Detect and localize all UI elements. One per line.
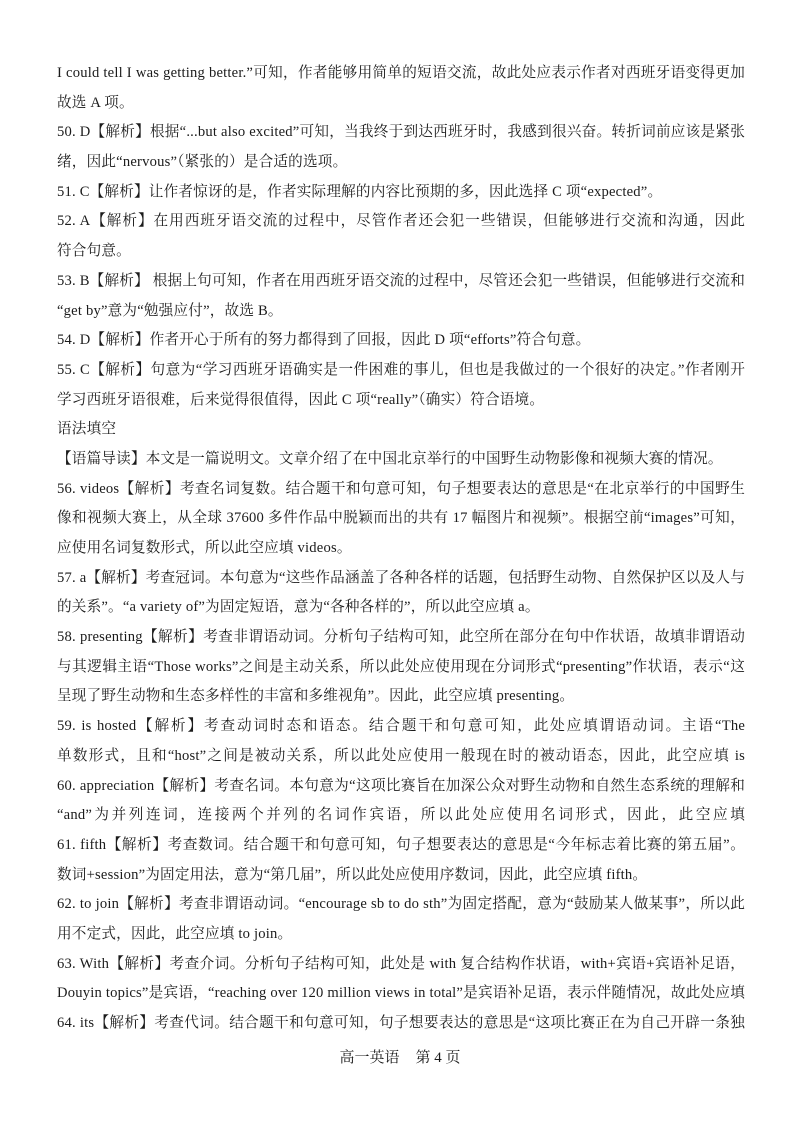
text-line: 语法填空: [57, 415, 745, 445]
paragraph: 52. A【解析】在用西班牙语交流的过程中，尽管作者还会犯一些错误，但能够进行交…: [57, 207, 745, 266]
paragraph: 53. B【解析】 根据上句可知，作者在用西班牙语交流的过程中，尽管还会犯一些错…: [57, 267, 745, 326]
text-line: 52. A【解析】在用西班牙语交流的过程中，尽管作者还会犯一些错误，但能够进行交…: [57, 207, 745, 237]
answers-document: I could tell I was getting better.”可知，作者…: [57, 59, 745, 1039]
paragraph: 50. D【解析】根据“...but also excited”可知，当我终于到…: [57, 118, 745, 177]
text-line: 的关系”。“a variety of”为固定短语，意为“各种各样的”，所以此空应…: [57, 593, 745, 623]
paragraph: 58. presenting【解析】考查非谓语动词。分析句子结构可知，此空所在部…: [57, 623, 745, 712]
paragraph: 56. videos【解析】考查名词复数。结合题干和句意可知，句子想要表达的意思…: [57, 475, 745, 564]
text-line: 64. its【解析】考查代词。结合题干和句意可知，句子想要表达的意思是“这项比…: [57, 1009, 745, 1039]
text-line: 56. videos【解析】考查名词复数。结合题干和句意可知，句子想要表达的意思…: [57, 475, 745, 505]
text-line: 55. C【解析】句意为“学习西班牙语确实是一件困难的事儿，但也是我做过的一个很…: [57, 356, 745, 386]
paragraph: 62. to join【解析】考查非谓语动词。“encourage sb to …: [57, 890, 745, 949]
text-line: 数词+session”为固定用法，意为“第几届”，所以此处应使用序数词，因此，此…: [57, 861, 745, 891]
paragraph: 63. With【解析】考查介词。分析句子结构可知，此处是 with 复合结构作…: [57, 950, 745, 1009]
paragraph: 55. C【解析】句意为“学习西班牙语确实是一件困难的事儿，但也是我做过的一个很…: [57, 356, 745, 415]
footer-course: 高一英语: [339, 1046, 399, 1067]
section-heading: 语法填空: [57, 415, 745, 445]
text-line: 51. C【解析】让作者惊讶的是，作者实际理解的内容比预期的多，因此选择 C 项…: [57, 178, 745, 208]
text-line: 59. is hosted【解析】考查动词时态和语态。结合题干和句意可知，此处应…: [57, 712, 745, 742]
text-line: 54. D【解析】作者开心于所有的努力都得到了回报，因此 D 项“efforts…: [57, 326, 745, 356]
text-line: 57. a【解析】考查冠词。本句意为“这些作品涵盖了各种各样的话题，包括野生动物…: [57, 564, 745, 594]
text-line: 符合句意。: [57, 237, 745, 267]
text-line: “get by”意为“勉强应付”，故选 B。: [57, 297, 745, 327]
paragraph: 61. fifth【解析】考查数词。结合题干和句意可知，句子想要表达的意思是“今…: [57, 831, 745, 890]
text-line: 53. B【解析】 根据上句可知，作者在用西班牙语交流的过程中，尽管还会犯一些错…: [57, 267, 745, 297]
paragraph: I could tell I was getting better.”可知，作者…: [57, 59, 745, 118]
footer-page-number: 第 4 页: [416, 1046, 461, 1067]
page-footer: 高一英语 第 4 页: [0, 1046, 800, 1067]
text-line: 与其逻辑主语“Those works”之间是主动关系，所以此处应使用现在分词形式…: [57, 653, 745, 683]
text-line: “and”为并列连词，连接两个并列的名词作宾语，所以此处应使用名词形式，因此，此…: [57, 801, 745, 831]
text-line: 62. to join【解析】考查非谓语动词。“encourage sb to …: [57, 890, 745, 920]
text-line: 61. fifth【解析】考查数词。结合题干和句意可知，句子想要表达的意思是“今…: [57, 831, 745, 861]
paragraph: 64. its【解析】考查代词。结合题干和句意可知，句子想要表达的意思是“这项比…: [57, 1009, 745, 1039]
paragraph: 59. is hosted【解析】考查动词时态和语态。结合题干和句意可知，此处应…: [57, 712, 745, 771]
paragraph: 60. appreciation【解析】考查名词。本句意为“这项比赛旨在加深公众…: [57, 772, 745, 831]
paragraph: 54. D【解析】作者开心于所有的努力都得到了回报，因此 D 项“efforts…: [57, 326, 745, 356]
paragraph: 【语篇导读】本文是一篇说明文。文章介绍了在中国北京举行的中国野生动物影像和视频大…: [57, 445, 745, 475]
text-line: 故选 A 项。: [57, 89, 745, 119]
text-line: 60. appreciation【解析】考查名词。本句意为“这项比赛旨在加深公众…: [57, 772, 745, 802]
text-line: 应使用名词复数形式，所以此空应填 videos。: [57, 534, 745, 564]
text-line: 呈现了野生动物和生态多样性的丰富和多维视角”。因此，此空应填 presentin…: [57, 682, 745, 712]
text-line: 绪，因此“nervous”（紧张的）是合适的选项。: [57, 148, 745, 178]
text-line: 单数形式，且和“host”之间是被动关系，所以此处应使用一般现在时的被动语态，因…: [57, 742, 745, 772]
text-line: 63. With【解析】考查介词。分析句子结构可知，此处是 with 复合结构作…: [57, 950, 745, 980]
paragraph: 57. a【解析】考查冠词。本句意为“这些作品涵盖了各种各样的话题，包括野生动物…: [57, 564, 745, 623]
paragraph: 51. C【解析】让作者惊讶的是，作者实际理解的内容比预期的多，因此选择 C 项…: [57, 178, 745, 208]
text-line: I could tell I was getting better.”可知，作者…: [57, 59, 745, 89]
text-line: 像和视频大赛上，从全球 37600 多件作品中脱颖而出的共有 17 幅图片和视频…: [57, 504, 745, 534]
text-line: 学习西班牙语很难，后来觉得很值得，因此 C 项“really”（确实）符合语境。: [57, 386, 745, 416]
text-line: Douyin topics”是宾语，“reaching over 120 mil…: [57, 979, 745, 1009]
document-page: I could tell I was getting better.”可知，作者…: [0, 0, 800, 1131]
text-line: 【语篇导读】本文是一篇说明文。文章介绍了在中国北京举行的中国野生动物影像和视频大…: [57, 445, 745, 475]
text-line: 用不定式，因此，此空应填 to join。: [57, 920, 745, 950]
text-line: 58. presenting【解析】考查非谓语动词。分析句子结构可知，此空所在部…: [57, 623, 745, 653]
text-line: 50. D【解析】根据“...but also excited”可知，当我终于到…: [57, 118, 745, 148]
